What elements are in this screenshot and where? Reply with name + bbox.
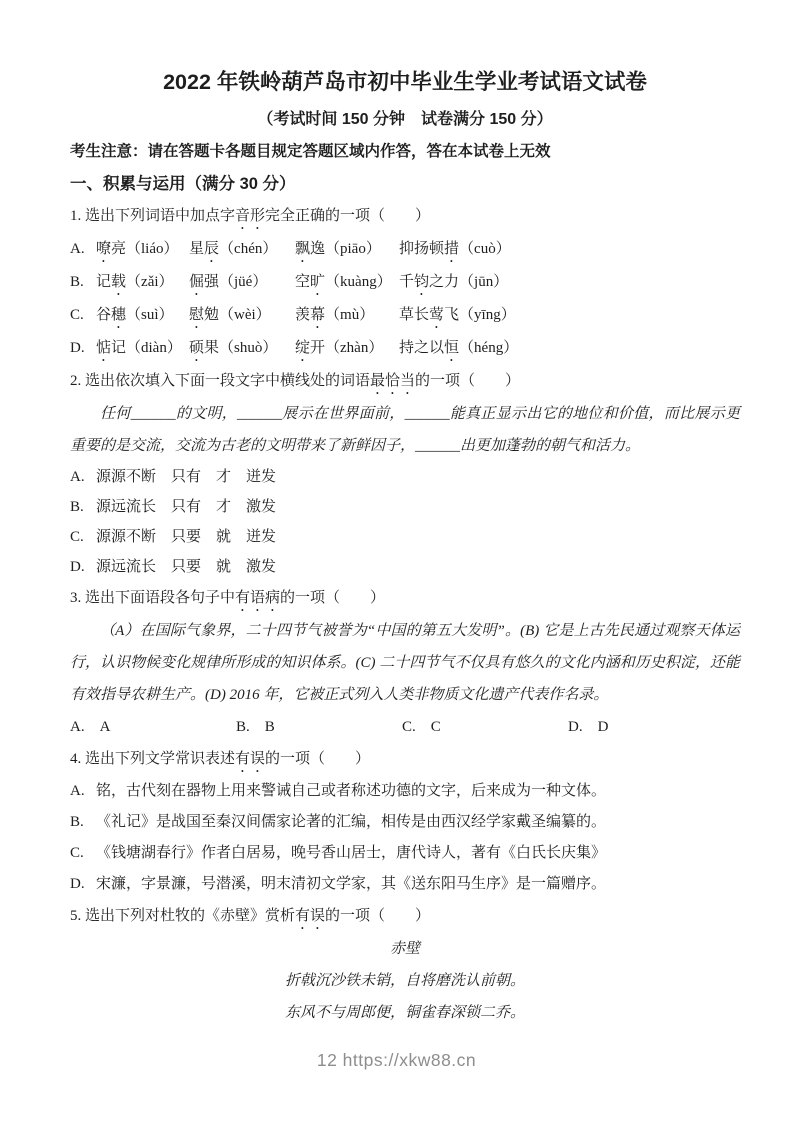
option-label: C. bbox=[70, 838, 96, 869]
q1-option-row-b: B. 记载（zǎi） 倔强（jüé） 空旷（kuàng） 千钧之力（jūn） bbox=[70, 266, 740, 299]
section-heading: 一、积累与运用（满分 30 分） bbox=[70, 168, 740, 200]
word-item: 抑扬顿措（cuò） bbox=[399, 233, 511, 266]
word-item: 空旷（kuàng） bbox=[295, 266, 399, 299]
option-text: A bbox=[100, 719, 111, 735]
word-item: 绽开（zhàn） bbox=[295, 332, 399, 365]
option-text: 源远流长 只要 就 激发 bbox=[96, 552, 276, 582]
q2-option-a: A. 源源不断 只有 才 迸发 bbox=[70, 462, 740, 492]
option-label: A. bbox=[70, 462, 96, 492]
option-label: D. bbox=[568, 719, 583, 735]
option-label: A. bbox=[70, 776, 96, 807]
question-1: 1. 选出下列词语中加点字音形完全正确的一项（ ） A. 嘹亮（liáo） 星辰… bbox=[70, 200, 740, 365]
page-title: 2022 年铁岭葫芦岛市初中毕业生学业考试语文试卷 bbox=[70, 60, 740, 104]
exam-page: 2022 年铁岭葫芦岛市初中毕业生学业考试语文试卷 （考试时间 150 分钟 试… bbox=[0, 0, 793, 1122]
question-5: 5. 选出下列对杜牧的《赤壁》赏析有误的一项（ ） 赤壁 折戟沉沙铁未销，自将磨… bbox=[70, 900, 740, 1029]
option-text: 铭，古代刻在器物上用来警诫自己或者称述功德的文字，后来成为一种文体。 bbox=[96, 776, 606, 807]
word-item: 羡幕（mù） bbox=[295, 299, 399, 332]
word-item: 星辰（chén） bbox=[189, 233, 295, 266]
q3-options-row: A.A B.B C.C D.D bbox=[70, 711, 740, 743]
poem-line: 折戟沉沙铁未销，自将磨洗认前朝。 bbox=[70, 965, 740, 997]
option-text: 《礼记》是战国至秦汉间儒家论著的汇编，相传是由西汉经学家戴圣编纂的。 bbox=[96, 807, 606, 838]
footer-page-info: 12 https://xkw88.cn bbox=[0, 1050, 793, 1071]
option-label: A. bbox=[70, 233, 96, 266]
word-item: 硕果（shuò） bbox=[189, 332, 295, 365]
q4-option-c: C. 《钱塘湖春行》作者白居易，晚号香山居士，唐代诗人，著有《白氏长庆集》 bbox=[70, 838, 740, 869]
option-text: 源远流长 只有 才 激发 bbox=[96, 492, 276, 522]
question-4: 4. 选出下列文学常识表述有误的一项（ ） A. 铭，古代刻在器物上用来警诫自己… bbox=[70, 743, 740, 900]
q1-option-row-a: A. 嘹亮（liáo） 星辰（chén） 飘逸（piāo） 抑扬顿措（cuò） bbox=[70, 233, 740, 266]
option-text: 源源不断 只有 才 迸发 bbox=[96, 462, 276, 492]
word-item: 记载（zǎi） bbox=[96, 266, 189, 299]
question-2: 2. 选出依次填入下面一段文字中横线处的词语最恰当的一项（ ） 任何______… bbox=[70, 365, 740, 582]
poem: 赤壁 折戟沉沙铁未销，自将磨洗认前朝。 东风不与周郎便，铜雀春深锁二乔。 bbox=[70, 933, 740, 1029]
poem-line: 东风不与周郎便，铜雀春深锁二乔。 bbox=[70, 997, 740, 1029]
option-text: 源源不断 只要 就 迸发 bbox=[96, 522, 276, 552]
q3-option-b: B.B bbox=[236, 711, 402, 743]
candidate-notice: 考生注意：请在答题卡各题目规定答题区域内作答，答在本试卷上无效 bbox=[70, 136, 740, 168]
q2-passage: 任何______的文明，______展示在世界面前，______能真正显示出它的… bbox=[70, 398, 740, 462]
option-text: 宋濂，字景濂，号潜溪，明末清初文学家，其《送东阳马生序》是一篇赠序。 bbox=[96, 869, 606, 900]
option-label: A. bbox=[70, 719, 85, 735]
option-label: C. bbox=[70, 522, 96, 552]
option-label: D. bbox=[70, 332, 96, 365]
option-text: C bbox=[431, 719, 441, 735]
q3-option-a: A.A bbox=[70, 711, 236, 743]
option-label: B. bbox=[236, 719, 250, 735]
option-text: B bbox=[265, 719, 275, 735]
option-text: D bbox=[598, 719, 609, 735]
option-label: D. bbox=[70, 869, 96, 900]
q2-option-d: D. 源远流长 只要 就 激发 bbox=[70, 552, 740, 582]
option-label: C. bbox=[402, 719, 416, 735]
q4-option-b: B. 《礼记》是战国至秦汉间儒家论著的汇编，相传是由西汉经学家戴圣编纂的。 bbox=[70, 807, 740, 838]
word-item: 嘹亮（liáo） bbox=[96, 233, 189, 266]
q4-option-d: D. 宋濂，字景濂，号潜溪，明末清初文学家，其《送东阳马生序》是一篇赠序。 bbox=[70, 869, 740, 900]
q3-option-c: C.C bbox=[402, 711, 568, 743]
word-item: 惦记（diàn） bbox=[96, 332, 189, 365]
word-item: 倔强（jüé） bbox=[189, 266, 295, 299]
q1-option-row-d: D. 惦记（diàn） 硕果（shuò） 绽开（zhàn） 持之以恒（héng） bbox=[70, 332, 740, 365]
option-label: B. bbox=[70, 492, 96, 522]
q3-stem: 3. 选出下面语段各句子中有语病的一项（ ） bbox=[70, 582, 740, 615]
exam-info-line: （考试时间 150 分钟 试卷满分 150 分） bbox=[70, 104, 740, 136]
word-item: 草长莺飞（yīng） bbox=[399, 299, 516, 332]
option-label: B. bbox=[70, 807, 96, 838]
q1-stem: 1. 选出下列词语中加点字音形完全正确的一项（ ） bbox=[70, 200, 740, 233]
q3-passage: （A）在国际气象界，二十四节气被誉为“中国的第五大发明”。(B) 它是上古先民通… bbox=[70, 615, 740, 711]
word-item: 千钧之力（jūn） bbox=[399, 266, 508, 299]
q2-stem: 2. 选出依次填入下面一段文字中横线处的词语最恰当的一项（ ） bbox=[70, 365, 740, 398]
option-text: 《钱塘湖春行》作者白居易，晚号香山居士，唐代诗人，著有《白氏长庆集》 bbox=[96, 838, 606, 869]
q4-stem: 4. 选出下列文学常识表述有误的一项（ ） bbox=[70, 743, 740, 776]
option-label: C. bbox=[70, 299, 96, 332]
word-item: 谷穗（suì） bbox=[96, 299, 189, 332]
word-item: 飘逸（piāo） bbox=[295, 233, 399, 266]
q5-stem: 5. 选出下列对杜牧的《赤壁》赏析有误的一项（ ） bbox=[70, 900, 740, 933]
q1-option-row-c: C. 谷穗（suì） 慰勉（wèi） 羡幕（mù） 草长莺飞（yīng） bbox=[70, 299, 740, 332]
q3-option-d: D.D bbox=[568, 711, 734, 743]
word-item: 持之以恒（héng） bbox=[399, 332, 518, 365]
poem-title: 赤壁 bbox=[70, 933, 740, 965]
option-label: B. bbox=[70, 266, 96, 299]
q2-option-b: B. 源远流长 只有 才 激发 bbox=[70, 492, 740, 522]
question-3: 3. 选出下面语段各句子中有语病的一项（ ） （A）在国际气象界，二十四节气被誉… bbox=[70, 582, 740, 743]
q4-option-a: A. 铭，古代刻在器物上用来警诫自己或者称述功德的文字，后来成为一种文体。 bbox=[70, 776, 740, 807]
option-label: D. bbox=[70, 552, 96, 582]
page-content: 2022 年铁岭葫芦岛市初中毕业生学业考试语文试卷 （考试时间 150 分钟 试… bbox=[0, 60, 793, 1029]
q2-option-c: C. 源源不断 只要 就 迸发 bbox=[70, 522, 740, 552]
word-item: 慰勉（wèi） bbox=[189, 299, 295, 332]
